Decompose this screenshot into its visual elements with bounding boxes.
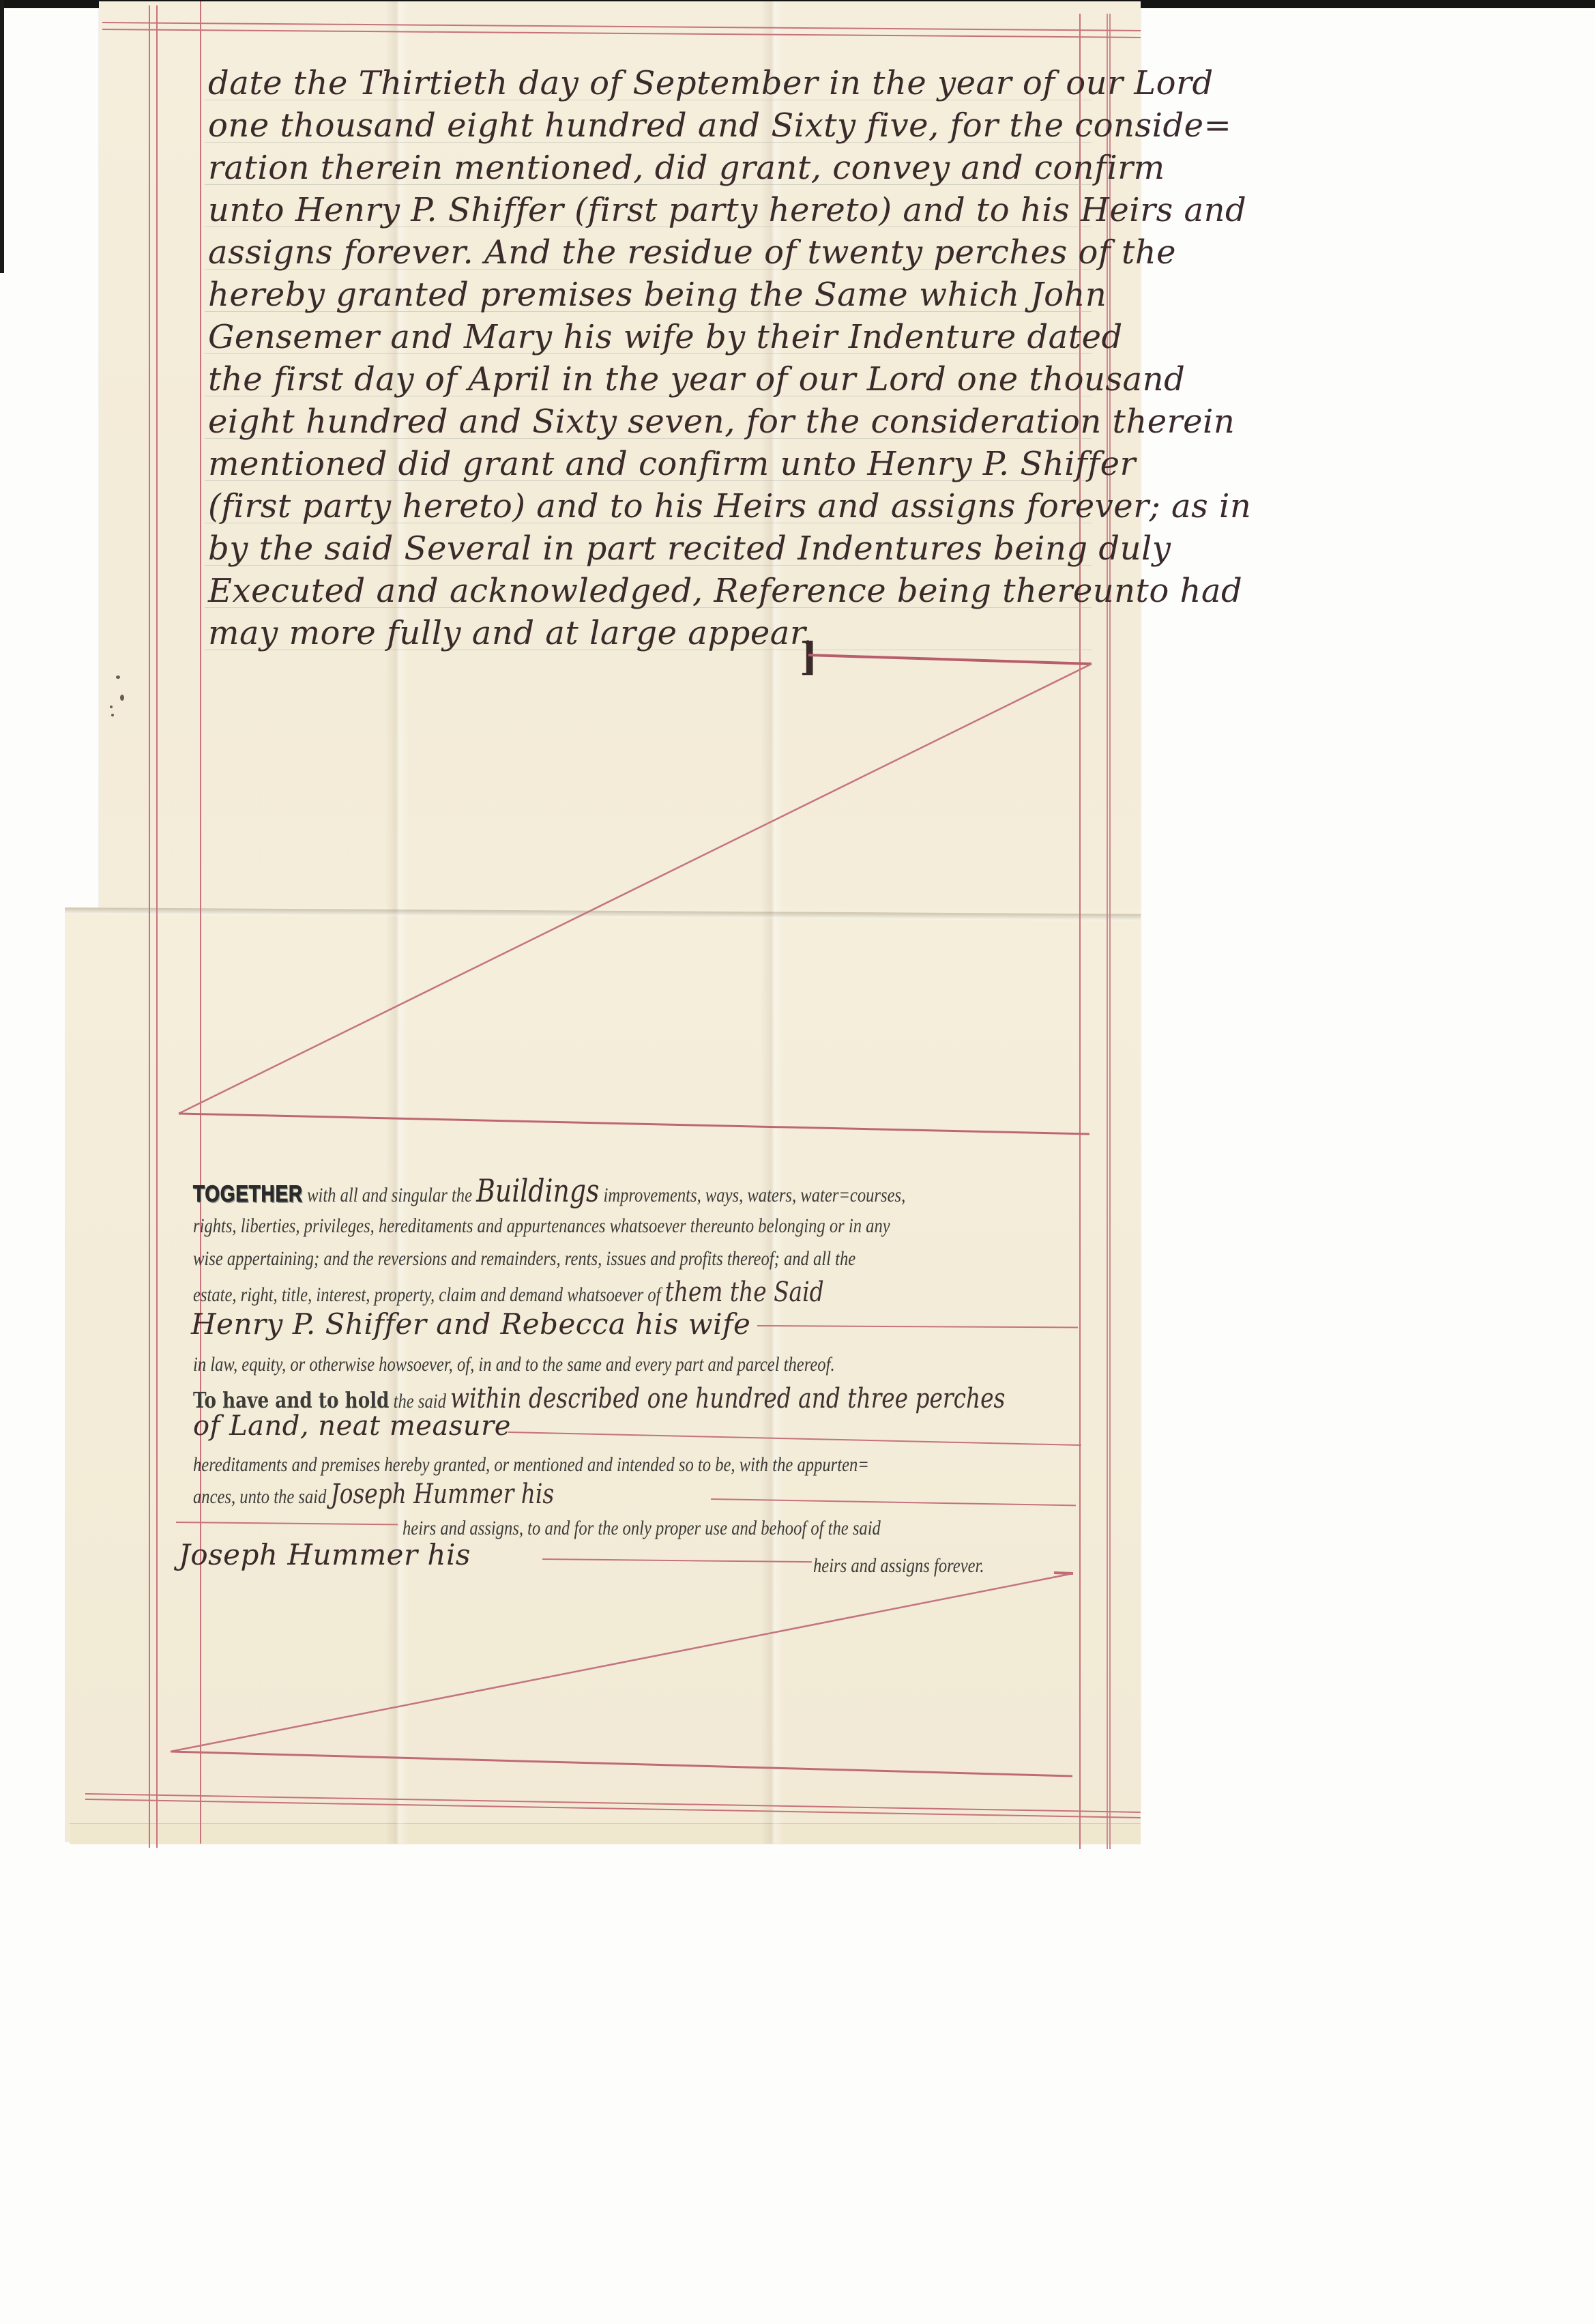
habendum-heading: To have and to hold [193,1387,390,1413]
blank-space-cancel-lines [0,0,1595,2324]
ink-speck [116,676,120,679]
land-description: within described one hundred and three p… [450,1383,1005,1414]
grantors-names: Henry P. Shiffer and Rebecca his wife [191,1310,1078,1339]
clause-line-2: rights, liberties, privileges, hereditam… [193,1216,890,1236]
clause-line-3: wise appertaining; and the reversions an… [193,1249,855,1269]
ink-speck [110,706,113,708]
grantors-ref: them the Said [665,1277,824,1308]
clause-line-6: in law, equity, or otherwise howsoever, … [193,1354,835,1375]
clause-line-7: To have and to hold the said within desc… [193,1385,1005,1412]
ink-speck [111,714,114,716]
grantee-name: Joseph Hummer his [331,1479,555,1510]
clause-line-12: heirs and assigns forever. [813,1556,984,1576]
together-heading: TOGETHER [193,1181,303,1207]
clause-line-1: TOGETHER with all and singular the Build… [193,1175,905,1206]
clause-line-4: estate, right, title, interest, property… [193,1279,824,1306]
buildings-word: Buildings [476,1172,599,1209]
clause-line-10: ances, unto the said Joseph Hummer his [193,1481,554,1508]
clause-line-11: heirs and assigns, to and for the only p… [403,1518,881,1539]
ink-speck [120,695,124,701]
clause-line-9: hereditaments and premises hereby grante… [193,1455,869,1475]
